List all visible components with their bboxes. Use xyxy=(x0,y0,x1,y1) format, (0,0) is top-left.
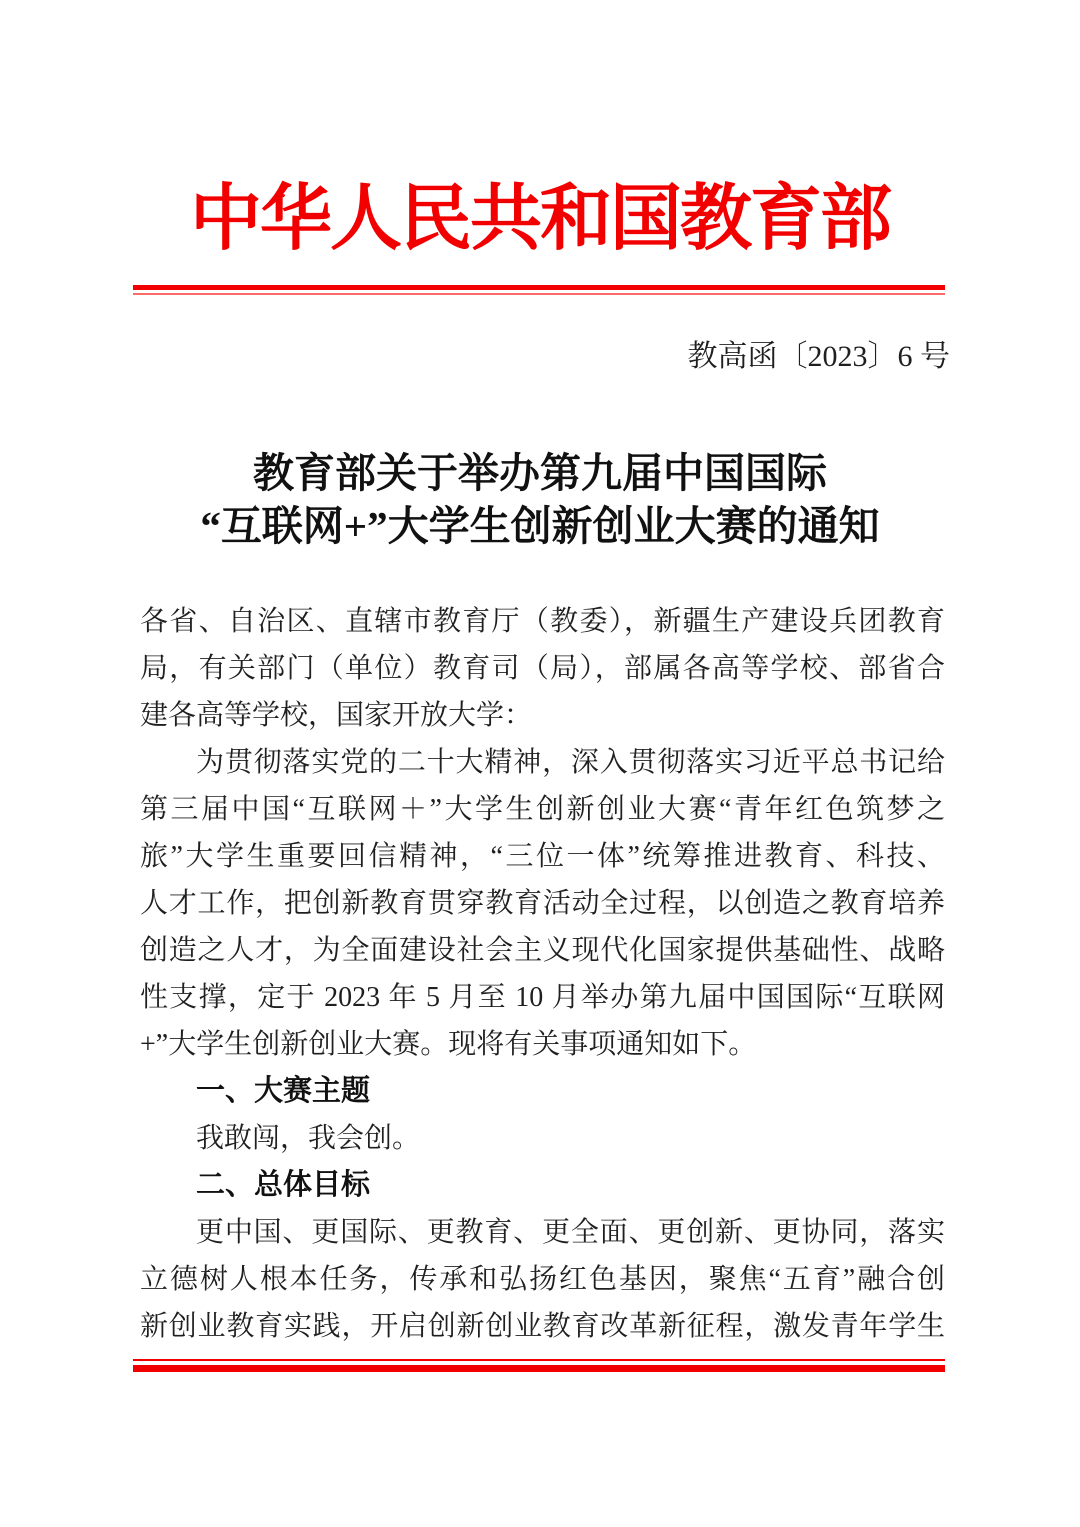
body-line: 新创业教育实践，开启创新创业教育改革新征程，激发青年学生 xyxy=(140,1303,945,1350)
document-body: 各省、自治区、直辖市教育厅（教委），新疆生产建设兵团教育局，有关部门（单位）教育… xyxy=(140,598,945,1350)
document-page: 中华人民共和国教育部 教高函〔2023〕6 号 教育部关于举办第九届中国国际 “… xyxy=(0,0,1080,1527)
body-line: 局，有关部门（单位）教育司（局），部属各高等学校、部省合 xyxy=(140,645,945,692)
body-line: 建各高等学校，国家开放大学： xyxy=(140,692,945,739)
header-separator xyxy=(133,285,945,295)
body-line: 立德树人根本任务，传承和弘扬红色基因，聚焦“五育”融合创 xyxy=(140,1256,945,1303)
document-title-line2: “互联网+”大学生创新创业大赛的通知 xyxy=(0,500,1080,553)
body-line: 旅”大学生重要回信精神，“三位一体”统筹推进教育、科技、 xyxy=(140,833,945,880)
document-title: 教育部关于举办第九届中国国际 “互联网+”大学生创新创业大赛的通知 xyxy=(0,447,1080,553)
body-line: 更中国、更国际、更教育、更全面、更创新、更协同，落实 xyxy=(140,1209,945,1256)
body-line: 性支撑，定于 2023 年 5 月至 10 月举办第九届中国国际“互联网 xyxy=(140,974,945,1021)
footer-separator xyxy=(133,1359,945,1372)
body-line: +”大学生创新创业大赛。现将有关事项通知如下。 xyxy=(140,1021,945,1068)
body-line: 各省、自治区、直辖市教育厅（教委），新疆生产建设兵团教育 xyxy=(140,598,945,645)
letterhead-agency-title: 中华人民共和国教育部 xyxy=(0,160,1080,264)
header-separator-thin-line xyxy=(133,293,945,295)
footer-separator-thick-line xyxy=(133,1365,945,1372)
document-title-line1: 教育部关于举办第九届中国国际 xyxy=(0,447,1080,500)
section-heading: 一、大赛主题 xyxy=(140,1068,945,1115)
body-line: 创造之人才，为全面建设社会主义现代化国家提供基础性、战略 xyxy=(140,927,945,974)
section-heading: 二、总体目标 xyxy=(140,1162,945,1209)
body-line: 我敢闯，我会创。 xyxy=(140,1115,945,1162)
document-reference-number: 教高函〔2023〕6 号 xyxy=(688,331,951,375)
body-line: 第三届中国“互联网＋”大学生创新创业大赛“青年红色筑梦之 xyxy=(140,786,945,833)
body-line: 为贯彻落实党的二十大精神，深入贯彻落实习近平总书记给 xyxy=(140,739,945,786)
body-line: 人才工作，把创新教育贯穿教育活动全过程，以创造之教育培养 xyxy=(140,880,945,927)
